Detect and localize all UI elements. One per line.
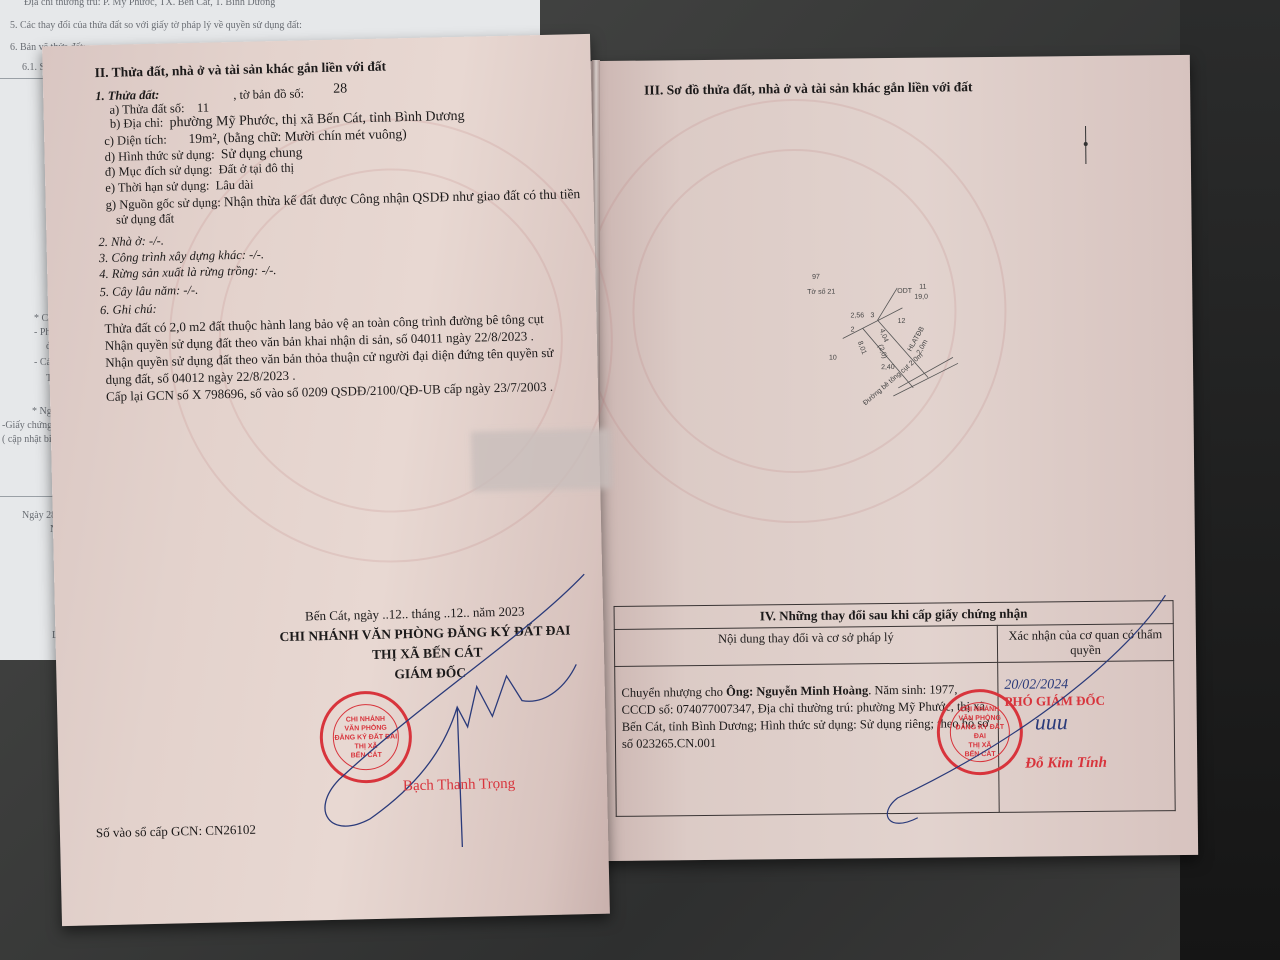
bg-line: 5. Các thay đổi của thửa đất so với giấy… <box>10 20 302 31</box>
buyer-name: Ông: Nguyễn Minh Hoàng <box>726 683 868 698</box>
map-sheet-number: 28 <box>333 81 347 97</box>
item-house: 2. Nhà ở: -/-. <box>98 234 164 250</box>
parcel-diagram: 97 Tờ số 21 ODT 11 19,0 2,56 3 2 12 4,04… <box>802 267 963 409</box>
certificate-left-page: II. Thửa đất, nhà ở và tài sản khác gắn … <box>42 34 610 926</box>
registry-number: Số vào sổ cấp GCN: CN26102 <box>96 822 256 842</box>
use-form: Sử dụng chung <box>221 144 303 161</box>
land-purpose: Đất ở tại đô thị <box>218 161 294 177</box>
item-notes-heading: 6. Ghi chú: <box>100 302 157 318</box>
section-ii-title: II. Thửa đất, nhà ở và tài sản khác gắn … <box>95 59 387 82</box>
parcel-number: 11 <box>197 101 209 115</box>
section-iii-title: III. Sơ đồ thửa đất, nhà ở và tài sản kh… <box>644 79 973 98</box>
signer-name: Bạch Thanh Trọng <box>403 776 516 796</box>
signature-stroke <box>875 595 1177 838</box>
certificate-right-page: III. Sơ đồ thửa đất, nhà ở và tài sản kh… <box>590 55 1198 861</box>
director-signature <box>304 574 610 861</box>
item-perennial: 5. Cây lâu năm: -/-. <box>100 283 199 300</box>
bg-line: Địa chỉ thường trú: P. Mỹ Phước, TX. Bến… <box>24 0 275 8</box>
north-arrow-icon <box>1081 126 1091 166</box>
redacted-area <box>471 429 612 492</box>
use-term: Lâu dài <box>216 178 254 193</box>
